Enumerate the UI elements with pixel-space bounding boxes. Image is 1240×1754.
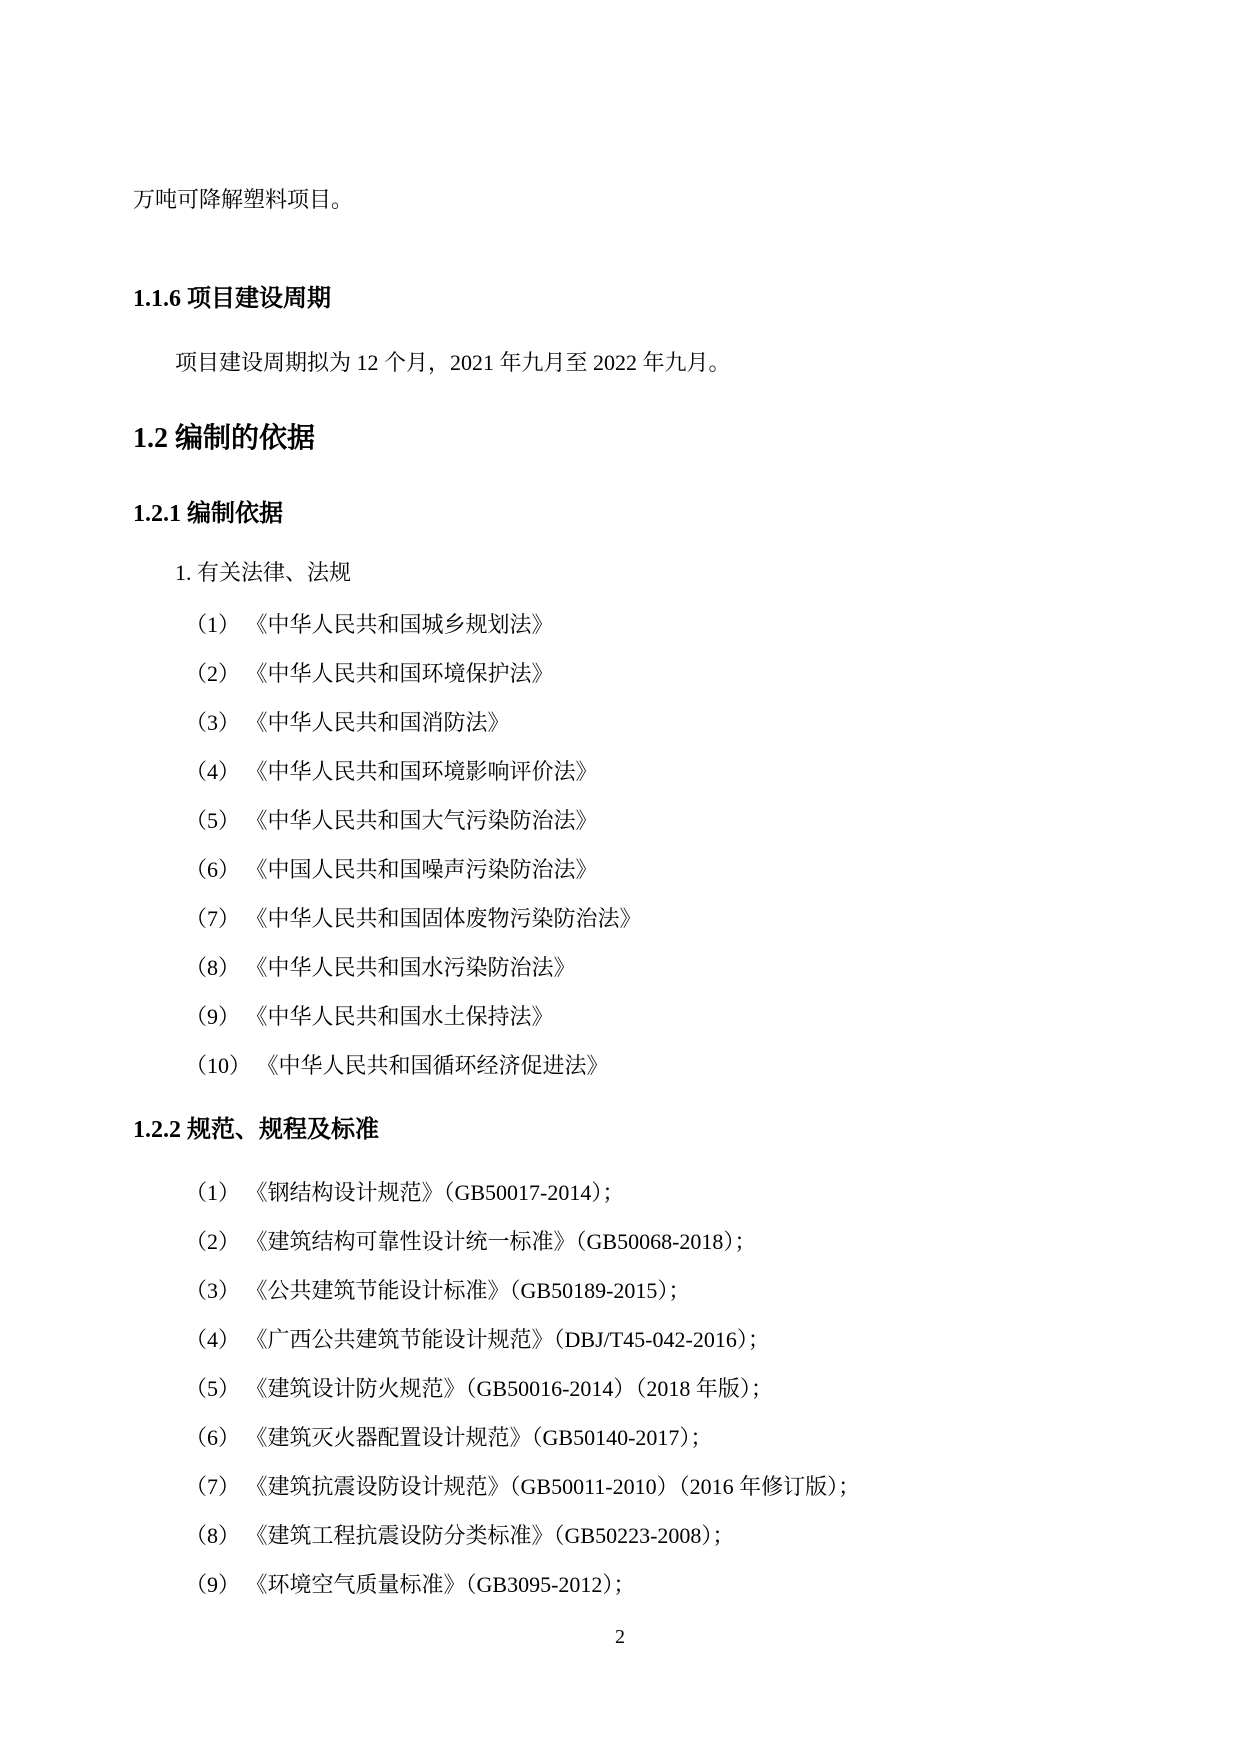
standard-item-5: （5） 《建筑设计防火规范》（GB50016-2014）（2018 年版）； xyxy=(133,1364,1105,1413)
law-item-9: （9） 《中华人民共和国水土保持法》 xyxy=(133,992,1105,1041)
standard-item-7: （7） 《建筑抗震设防设计规范》（GB50011-2010）（2016 年修订版… xyxy=(133,1462,1105,1511)
standard-item-9: （9） 《环境空气质量标准》（GB3095-2012）； xyxy=(133,1560,1105,1609)
heading-1-2-1-compilation-basis: 1.2.1 编制依据 xyxy=(133,498,1105,530)
standard-item-3: （3） 《公共建筑节能设计标准》（GB50189-2015）； xyxy=(133,1266,1105,1315)
law-item-5: （5） 《中华人民共和国大气污染防治法》 xyxy=(133,796,1105,845)
paragraph-continuation: 万吨可降解塑料项目。 xyxy=(133,185,1105,215)
law-item-8: （8） 《中华人民共和国水污染防治法》 xyxy=(133,943,1105,992)
law-item-7: （7） 《中华人民共和国固体废物污染防治法》 xyxy=(133,894,1105,943)
heading-1-2-2-standards: 1.2.2 规范、规程及标准 xyxy=(133,1114,1105,1146)
law-item-10: （10） 《中华人民共和国循环经济促进法》 xyxy=(133,1041,1105,1090)
page-number: 2 xyxy=(0,1624,1240,1650)
page-content: 万吨可降解塑料项目。 1.1.6 项目建设周期 项目建设周期拟为 12 个月，2… xyxy=(0,0,1240,1609)
laws-intro-line: 1. 有关法律、法规 xyxy=(133,558,1105,588)
heading-1-1-6-project-construction-period: 1.1.6 项目建设周期 xyxy=(133,283,1105,315)
law-item-4: （4） 《中华人民共和国环境影响评价法》 xyxy=(133,747,1105,796)
standards-list: （1） 《钢结构设计规范》（GB50017-2014）； （2） 《建筑结构可靠… xyxy=(133,1168,1105,1609)
heading-1-2-compilation-basis: 1.2 编制的依据 xyxy=(133,420,1105,458)
law-item-1: （1） 《中华人民共和国城乡规划法》 xyxy=(133,600,1105,649)
standard-item-4: （4） 《广西公共建筑节能设计规范》（DBJ/T45-042-2016）； xyxy=(133,1315,1105,1364)
standard-item-8: （8） 《建筑工程抗震设防分类标准》（GB50223-2008）； xyxy=(133,1511,1105,1560)
standard-item-2: （2） 《建筑结构可靠性设计统一标准》（GB50068-2018）； xyxy=(133,1217,1105,1266)
standard-item-6: （6） 《建筑灭火器配置设计规范》（GB50140-2017）； xyxy=(133,1413,1105,1462)
laws-list: （1） 《中华人民共和国城乡规划法》 （2） 《中华人民共和国环境保护法》 （3… xyxy=(133,600,1105,1090)
document-page: 万吨可降解塑料项目。 1.1.6 项目建设周期 项目建设周期拟为 12 个月，2… xyxy=(0,0,1240,1754)
law-item-2: （2） 《中华人民共和国环境保护法》 xyxy=(133,649,1105,698)
standard-item-1: （1） 《钢结构设计规范》（GB50017-2014）； xyxy=(133,1168,1105,1217)
law-item-6: （6） 《中国人民共和国噪声污染防治法》 xyxy=(133,845,1105,894)
paragraph-construction-period: 项目建设周期拟为 12 个月，2021 年九月至 2022 年九月。 xyxy=(133,348,1105,378)
law-item-3: （3） 《中华人民共和国消防法》 xyxy=(133,698,1105,747)
